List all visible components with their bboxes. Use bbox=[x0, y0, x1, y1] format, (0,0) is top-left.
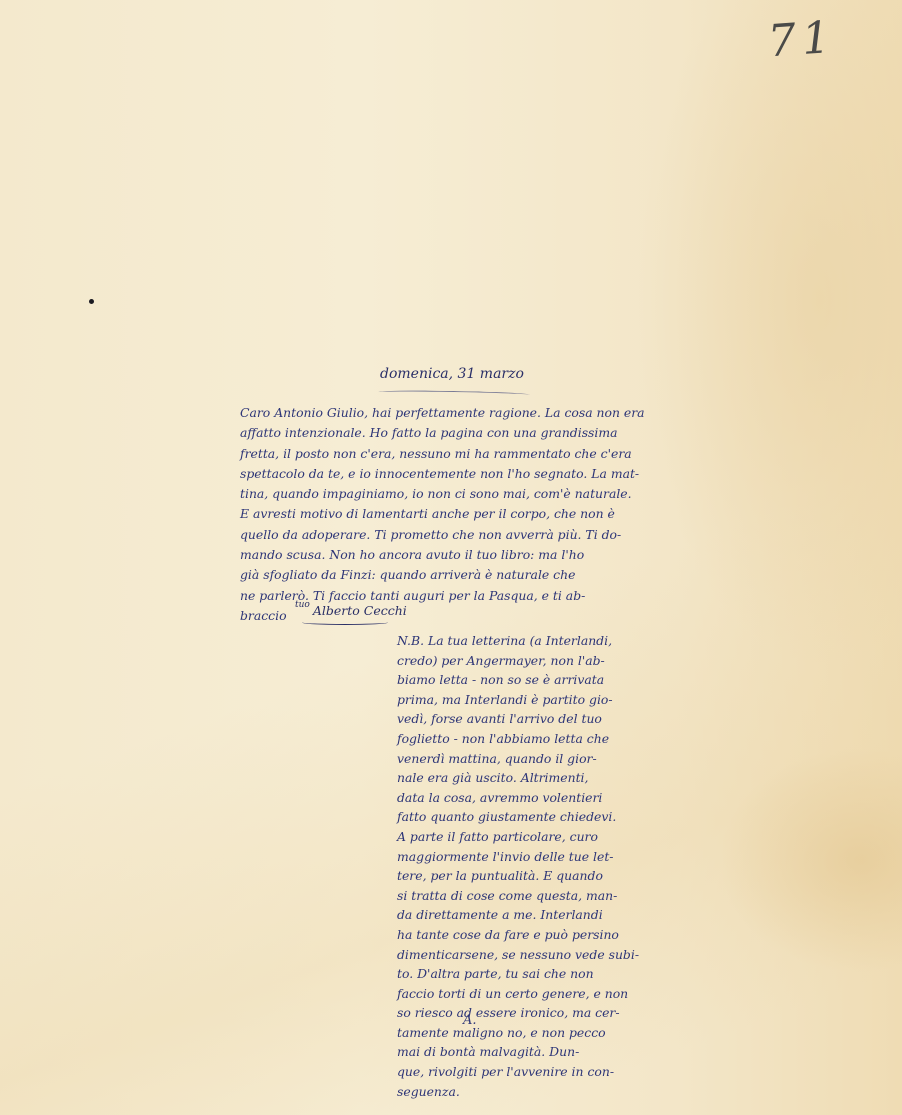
postscript-line: to. D'altra parte, tu sai che non bbox=[397, 964, 637, 984]
postscript-line: vedì, forse avanti l'arrivo del tuo bbox=[397, 709, 637, 729]
postscript-line: nale era già uscito. Altrimenti, bbox=[397, 768, 637, 788]
signature-underline bbox=[302, 620, 388, 625]
letter-line: spettacolo da te, e io innocentemente no… bbox=[240, 464, 660, 484]
signature: Alberto Cecchi bbox=[313, 603, 407, 618]
postscript-line: credo) per Angermayer, non l'ab- bbox=[397, 651, 637, 671]
postscript: N.B. La tua letterina (a Interlandi, cre… bbox=[397, 631, 637, 1101]
letter-line: mando scusa. Non ho ancora avuto il tuo … bbox=[240, 545, 660, 565]
letter-line: fretta, il posto non c'era, nessuno mi h… bbox=[240, 444, 660, 464]
postscript-line: fatto quanto giustamente chiedevi. bbox=[397, 807, 637, 827]
letter-line: tina, quando impaginiamo, io non ci sono… bbox=[240, 484, 660, 504]
postscript-line: prima, ma Interlandi è partito gio- bbox=[397, 690, 637, 710]
postscript-line: dimenticarsene, se nessuno vede subi- bbox=[397, 945, 637, 965]
postscript-line: tere, per la puntualità. E quando bbox=[397, 866, 637, 886]
closing-word: tuo bbox=[295, 600, 310, 610]
postscript-line: si tratta di cose come questa, man- bbox=[397, 886, 637, 906]
page-number: 71 bbox=[766, 12, 837, 68]
postscript-line: biamo letta - non so se è arrivata bbox=[397, 670, 637, 690]
postscript-line: A parte il fatto particolare, curo bbox=[397, 827, 637, 847]
postscript-line: faccio torti di un certo genere, e non bbox=[397, 984, 637, 1004]
postscript-line: foglietto - non l'abbiamo letta che bbox=[397, 729, 637, 749]
signature-block: tuoAlberto Cecchi bbox=[295, 600, 407, 618]
postscript-line: N.B. La tua letterina (a Interlandi, bbox=[397, 631, 637, 651]
letter-line: affatto intenzionale. Ho fatto la pagina… bbox=[240, 423, 660, 443]
postscript-line: da direttamente a me. Interlandi bbox=[397, 905, 637, 925]
letter-body: Caro Antonio Giulio, hai perfettamente r… bbox=[240, 403, 660, 626]
postscript-line: so riesco ad essere ironico, ma cer- bbox=[397, 1003, 637, 1023]
postscript-line: data la cosa, avremmo volentieri bbox=[397, 788, 637, 808]
letter-line: quello da adoperare. Ti prometto che non… bbox=[240, 525, 660, 545]
postscript-line: que, rivolgiti per l'avvenire in con- bbox=[397, 1062, 637, 1082]
postscript-line: maggiormente l'invio delle tue let- bbox=[397, 847, 637, 867]
postscript-initial: A. bbox=[463, 1013, 477, 1028]
postscript-line: tamente maligno no, e non pecco bbox=[397, 1023, 637, 1043]
ink-spot bbox=[89, 299, 94, 304]
letter-line: già sfogliato da Finzi: quando arriverà … bbox=[240, 565, 660, 585]
postscript-line: seguenza. bbox=[397, 1082, 637, 1102]
letter-line: Caro Antonio Giulio, hai perfettamente r… bbox=[240, 403, 660, 423]
letter-line: E avresti motivo di lamentarti anche per… bbox=[240, 504, 660, 524]
letter-date: domenica, 31 marzo bbox=[380, 366, 524, 382]
postscript-line: venerdì mattina, quando il gior- bbox=[397, 749, 637, 769]
postscript-line: ha tante cose da fare e può persino bbox=[397, 925, 637, 945]
postscript-line: mai di bontà malvagità. Dun- bbox=[397, 1042, 637, 1062]
